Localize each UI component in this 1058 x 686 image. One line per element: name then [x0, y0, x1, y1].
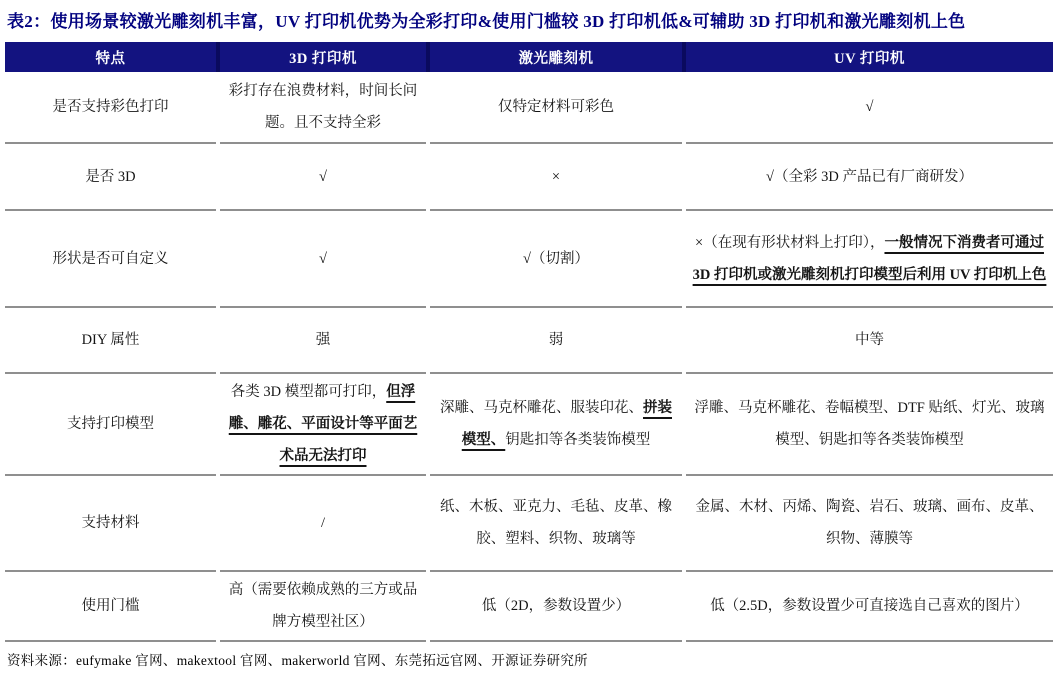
cell-text: × — [552, 161, 560, 193]
cell-text: 纸、木板、亚克力、毛毡、皮革、橡胶、塑料、织物、玻璃等 — [436, 491, 676, 555]
cell-text: √ — [319, 161, 327, 193]
cell-text: √ — [866, 91, 874, 123]
cell-feature: 形状是否可自定义 — [5, 211, 216, 308]
cell-text: 各类 3D 模型都可打印， — [231, 384, 386, 400]
cell-3d-printer: 强 — [220, 308, 426, 374]
cell-uv-printer: 中等 — [686, 308, 1053, 374]
cell-text: 钥匙扣等各类装饰模型 — [505, 432, 650, 448]
cell-uv-printer: √ — [686, 72, 1053, 144]
cell-laser-engraver: √（切割） — [430, 211, 682, 308]
cell-text: 低（2.5D，参数设置少可直接选自己喜欢的图片） — [710, 590, 1029, 622]
cell-text: 仅特定材料可彩色 — [498, 91, 614, 123]
cell-text: 支持材料 — [82, 507, 140, 539]
cell-text: 高（需要依赖成熟的三方或品牌方模型社区） — [226, 574, 420, 638]
cell-feature: 支持打印模型 — [5, 374, 216, 476]
comparison-table: 是否支持彩色打印 彩打存在浪费材料，时间长问题。且不支持全彩 仅特定材料可彩色 … — [5, 72, 1053, 642]
cell-text: ×（在现有形状材料上打印）， — [695, 235, 884, 251]
cell-laser-engraver: × — [430, 144, 682, 211]
cell-text: 强 — [316, 324, 331, 356]
cell-uv-printer: √（全彩 3D 产品已有厂商研发） — [686, 144, 1053, 211]
header-cell-uv-printer: UV 打印机 — [686, 42, 1053, 72]
cell-text: 浮雕、马克杯雕花、卷幅模型、DTF 贴纸、灯光、玻璃模型、钥匙扣等各类装饰模型 — [692, 392, 1047, 456]
cell-text: 彩打存在浪费材料，时间长问题。且不支持全彩 — [226, 75, 420, 139]
table-title: 表2：使用场景较激光雕刻机丰富，UV 打印机优势为全彩打印&使用门槛较 3D 打… — [5, 6, 1053, 42]
cell-text: 是否支持彩色打印 — [53, 91, 169, 123]
footer-source: 资料来源：eufymake 官网、makextool 官网、makerworld… — [5, 642, 1053, 669]
cell-3d-printer: √ — [220, 211, 426, 308]
cell-3d-printer: √ — [220, 144, 426, 211]
cell-laser-engraver: 弱 — [430, 308, 682, 374]
cell-feature: 使用门槛 — [5, 572, 216, 642]
header-cell-3d-printer: 3D 打印机 — [220, 42, 426, 72]
cell-laser-engraver: 低（2D，参数设置少） — [430, 572, 682, 642]
cell-text: 金属、木材、丙烯、陶瓷、岩石、玻璃、画布、皮革、织物、薄膜等 — [692, 491, 1047, 555]
cell-text: 中等 — [855, 324, 884, 356]
cell-text: 弱 — [549, 324, 564, 356]
cell-uv-printer: 低（2.5D，参数设置少可直接选自己喜欢的图片） — [686, 572, 1053, 642]
cell-text: / — [321, 507, 325, 539]
cell-text: 是否 3D — [85, 161, 135, 193]
cell-text: 形状是否可自定义 — [53, 243, 169, 275]
cell-laser-engraver: 仅特定材料可彩色 — [430, 72, 682, 144]
header-cell-feature: 特点 — [5, 42, 216, 72]
cell-multiline: 各类 3D 模型都可打印，但浮雕、雕花、平面设计等平面艺术品无法打印 — [226, 376, 420, 472]
cell-multiline: ×（在现有形状材料上打印），一般情况下消费者可通过 3D 打印机或激光雕刻机打印… — [692, 227, 1047, 291]
cell-text: 深雕、马克杯雕花、服装印花、 — [440, 400, 643, 416]
cell-text: √（切割） — [523, 243, 589, 275]
cell-feature: 是否支持彩色打印 — [5, 72, 216, 144]
cell-text: √（全彩 3D 产品已有厂商研发） — [766, 161, 973, 193]
cell-text: 支持打印模型 — [67, 408, 154, 440]
cell-uv-printer: ×（在现有形状材料上打印），一般情况下消费者可通过 3D 打印机或激光雕刻机打印… — [686, 211, 1053, 308]
cell-text: DIY 属性 — [82, 324, 140, 356]
cell-3d-printer: 各类 3D 模型都可打印，但浮雕、雕花、平面设计等平面艺术品无法打印 — [220, 374, 426, 476]
cell-3d-printer: 高（需要依赖成熟的三方或品牌方模型社区） — [220, 572, 426, 642]
cell-laser-engraver: 纸、木板、亚克力、毛毡、皮革、橡胶、塑料、织物、玻璃等 — [430, 476, 682, 572]
cell-text: 使用门槛 — [82, 590, 140, 622]
cell-uv-printer: 金属、木材、丙烯、陶瓷、岩石、玻璃、画布、皮革、织物、薄膜等 — [686, 476, 1053, 572]
cell-3d-printer: 彩打存在浪费材料，时间长问题。且不支持全彩 — [220, 72, 426, 144]
cell-multiline: 深雕、马克杯雕花、服装印花、拼装模型、钥匙扣等各类装饰模型 — [436, 392, 676, 456]
cell-feature: DIY 属性 — [5, 308, 216, 374]
page: 表2：使用场景较激光雕刻机丰富，UV 打印机优势为全彩打印&使用门槛较 3D 打… — [0, 0, 1058, 686]
cell-text: 低（2D，参数设置少） — [482, 590, 630, 622]
table-header-row: 特点 3D 打印机 激光雕刻机 UV 打印机 — [5, 42, 1053, 72]
cell-3d-printer: / — [220, 476, 426, 572]
header-cell-laser-engraver: 激光雕刻机 — [430, 42, 682, 72]
cell-uv-printer: 浮雕、马克杯雕花、卷幅模型、DTF 贴纸、灯光、玻璃模型、钥匙扣等各类装饰模型 — [686, 374, 1053, 476]
cell-feature: 是否 3D — [5, 144, 216, 211]
cell-feature: 支持材料 — [5, 476, 216, 572]
cell-text: √ — [319, 243, 327, 275]
cell-laser-engraver: 深雕、马克杯雕花、服装印花、拼装模型、钥匙扣等各类装饰模型 — [430, 374, 682, 476]
